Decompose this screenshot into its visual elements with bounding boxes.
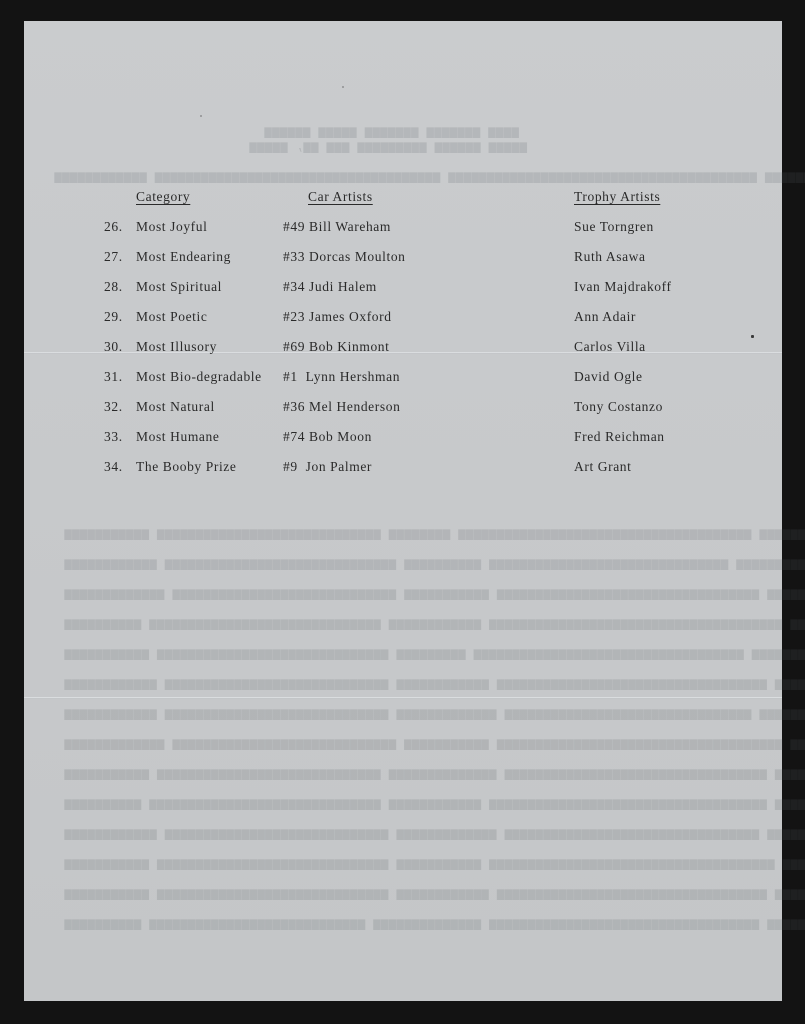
table-row: 29. Most Poetic #23 James Oxford Ann Ada… (24, 309, 782, 329)
row-trophy-artist: Carlos Villa (574, 339, 646, 355)
row-category: Most Illusory (136, 339, 217, 355)
row-car-artist: #36 Mel Henderson (283, 399, 400, 415)
row-trophy-artist: Ann Adair (574, 309, 636, 325)
table-row: 27. Most Endearing #33 Dorcas Moulton Ru… (24, 249, 782, 269)
table-row: 26. Most Joyful #49 Bill Wareham Sue Tor… (24, 219, 782, 239)
row-number: 27. (104, 249, 123, 265)
row-category: Most Endearing (136, 249, 231, 265)
row-car-artist: #9 Jon Palmer (283, 459, 372, 475)
row-trophy-artist: Art Grant (574, 459, 632, 475)
row-category: Most Bio-degradable (136, 369, 262, 385)
row-trophy-artist: Ivan Majdrakoff (574, 279, 672, 295)
row-category: Most Natural (136, 399, 215, 415)
row-number: 31. (104, 369, 123, 385)
row-number: 32. (104, 399, 123, 415)
awards-table: Category Car Artists Trophy Artists 26. … (24, 21, 782, 1001)
header-car-artists: Car Artists (308, 189, 373, 205)
row-car-artist: #1 Lynn Hershman (283, 369, 400, 385)
table-row: 34. The Booby Prize #9 Jon Palmer Art Gr… (24, 459, 782, 479)
row-car-artist: #74 Bob Moon (283, 429, 372, 445)
row-number: 28. (104, 279, 123, 295)
row-number: 26. (104, 219, 123, 235)
row-number: 33. (104, 429, 123, 445)
table-row: 30. Most Illusory #69 Bob Kinmont Carlos… (24, 339, 782, 359)
header-category: Category (136, 189, 190, 205)
scanned-document: ▆▆▆▆ ▆▆▆▆▆▆▆ ▆▆▆▆▆▆▆ ▆▆▆▆▆ ▆▆▆▆▆▆ ▆▆▆▆▆ … (0, 0, 805, 1024)
header-trophy-artists: Trophy Artists (574, 189, 660, 205)
row-number: 34. (104, 459, 123, 475)
row-car-artist: #33 Dorcas Moulton (283, 249, 406, 265)
row-category: Most Spiritual (136, 279, 222, 295)
row-number: 29. (104, 309, 123, 325)
row-category: Most Poetic (136, 309, 207, 325)
row-trophy-artist: Ruth Asawa (574, 249, 646, 265)
row-number: 30. (104, 339, 123, 355)
table-row: 33. Most Humane #74 Bob Moon Fred Reichm… (24, 429, 782, 449)
table-row: 32. Most Natural #36 Mel Henderson Tony … (24, 399, 782, 419)
row-car-artist: #49 Bill Wareham (283, 219, 391, 235)
paper-sheet: ▆▆▆▆ ▆▆▆▆▆▆▆ ▆▆▆▆▆▆▆ ▆▆▆▆▆ ▆▆▆▆▆▆ ▆▆▆▆▆ … (24, 21, 782, 1001)
row-category: Most Humane (136, 429, 219, 445)
table-row: 31. Most Bio-degradable #1 Lynn Hershman… (24, 369, 782, 389)
row-trophy-artist: Sue Torngren (574, 219, 654, 235)
table-row: 28. Most Spiritual #34 Judi Halem Ivan M… (24, 279, 782, 299)
row-category: Most Joyful (136, 219, 207, 235)
row-car-artist: #23 James Oxford (283, 309, 392, 325)
row-trophy-artist: David Ogle (574, 369, 643, 385)
row-car-artist: #69 Bob Kinmont (283, 339, 390, 355)
row-category: The Booby Prize (136, 459, 236, 475)
row-trophy-artist: Tony Costanzo (574, 399, 663, 415)
row-trophy-artist: Fred Reichman (574, 429, 665, 445)
row-car-artist: #34 Judi Halem (283, 279, 377, 295)
